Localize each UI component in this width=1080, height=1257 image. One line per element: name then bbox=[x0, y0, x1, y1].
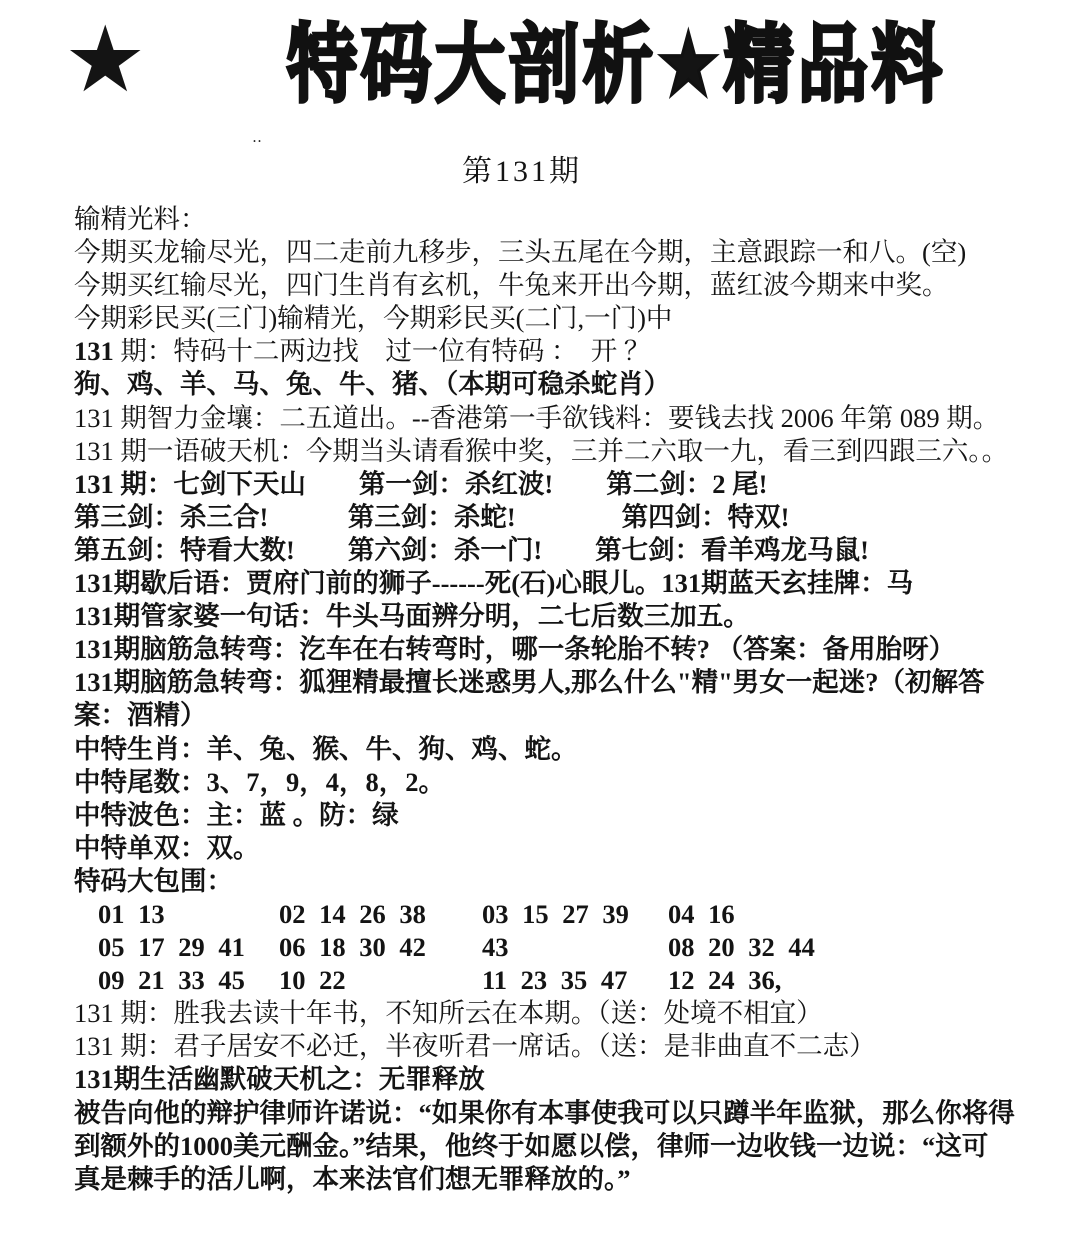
text-line: 131期脑筋急转弯：狐狸精最擅长迷惑男人,那么什么"精"男女一起迷?（初解答 bbox=[74, 666, 1080, 699]
text-line: 到额外的1000美元酬金。”结果，他终于如愿以偿，律师一边收钱一边说：“这可 bbox=[74, 1130, 1080, 1163]
grid-row: 01 13 02 14 26 38 03 15 27 39 04 16 bbox=[74, 898, 1080, 931]
text-line: 131 期一语破天机：今期当头请看猴中奖，三并二六取一九，看三到四跟三六。。 bbox=[74, 435, 1080, 468]
grid-cell: 12 24 36, bbox=[668, 964, 1080, 997]
text-line: 第三剑：杀三合! 第三剑：杀蛇! 第四剑：特双! bbox=[74, 501, 1080, 534]
text-line: 131 期智力金壤：二五道出。--香港第一手欲钱料：要钱去找 2006 年第 0… bbox=[74, 402, 1080, 435]
text-line: 案：酒精） bbox=[74, 699, 1080, 732]
text-line: 131期管家婆一句话：牛头马面辨分明，二七后数三加五。 bbox=[74, 600, 1080, 633]
grid-cell: 08 20 32 44 bbox=[668, 931, 1080, 964]
text-line: 中特生肖：羊、兔、猴、牛、狗、鸡、蛇。 bbox=[74, 733, 1080, 766]
issue-number: 第131期 bbox=[0, 146, 1062, 190]
text-line: 今期买龙输尽光，四二走前九移步，三头五尾在今期，主意跟踪一和八。(空) bbox=[74, 236, 1080, 269]
text-line: 131 期：君子居安不必迁，半夜听君一席话。（送：是非曲直不二志） bbox=[74, 1030, 1080, 1063]
grid-cell: 01 13 bbox=[98, 898, 279, 931]
grid-cell: 11 23 35 47 bbox=[482, 964, 668, 997]
grid-cell: 10 22 bbox=[279, 964, 482, 997]
text-line: 输精光料： bbox=[74, 203, 1080, 236]
document-page: ★ 特码大剖析★精品料 ‥ 第131期 输精光料： 今期买龙输尽光，四二走前九移… bbox=[0, 0, 1080, 1257]
text-line: 狗、鸡、羊、马、兔、牛、猪、（本期可稳杀蛇肖） bbox=[74, 368, 1080, 401]
grid-cell: 03 15 27 39 bbox=[482, 898, 668, 931]
text-line: 中特单双：双。 bbox=[74, 832, 1080, 865]
text-line: 131期脑筋急转弯：汔车在右转弯时，哪一条轮胎不转? （答案：备用胎呀） bbox=[74, 633, 1080, 666]
text-line: 真是棘手的活儿啊，本来法官们想无罪释放的。” bbox=[74, 1163, 1080, 1196]
grid-row: 05 17 29 41 06 18 30 42 43 08 20 32 44 bbox=[74, 931, 1080, 964]
text-line: 第五剑：特看大数! 第六剑：杀一门! 第七剑：看羊鸡龙马鼠! bbox=[74, 534, 1080, 567]
stray-marks: ‥ bbox=[252, 128, 264, 147]
grid-cell: 06 18 30 42 bbox=[279, 931, 482, 964]
text-line: 中特尾数：3、7，9，4，8，2。 bbox=[74, 766, 1080, 799]
text-line: 131 期：七剑下天山 第一剑：杀红波! 第二剑：2 尾! bbox=[74, 468, 1080, 501]
grid-cell: 43 bbox=[482, 931, 668, 964]
text-line: 131 期：胜我去读十年书，不知所云在本期。（送：处境不相宜） bbox=[74, 997, 1080, 1030]
grid-cell: 09 21 33 45 bbox=[98, 964, 279, 997]
text-line: 131期生活幽默破天机之：无罪释放 bbox=[74, 1063, 1080, 1096]
text-line: 131期歇后语：贾府门前的狮子------死(石)心眼儿。131期蓝天玄挂牌：马 bbox=[74, 567, 1080, 600]
text-line: 今期彩民买(三门)输精光，今期彩民买(二门,一门)中 bbox=[74, 302, 1080, 335]
grid-cell: 02 14 26 38 bbox=[279, 898, 482, 931]
text-line: 131 期：特码十二两边找 过一位有特码 ： 开 ？ bbox=[74, 335, 1080, 368]
page-title: 特码大剖析★精品料 bbox=[287, 22, 946, 107]
text-line-rest: 期：特码十二两边找 过一位有特码 ： 开 ？ bbox=[114, 336, 651, 366]
text-line: 中特波色：主：蓝 。防：绿 bbox=[74, 799, 1080, 832]
grid-cell: 05 17 29 41 bbox=[98, 931, 279, 964]
text-line: 被告向他的辩护律师许诺说：“如果你有本事使我可以只蹲半年监狱，那么你将得 bbox=[74, 1097, 1080, 1130]
star-icon: ★ bbox=[64, 14, 146, 106]
text-line: 特码大包围： bbox=[74, 865, 1080, 898]
grid-row: 09 21 33 45 10 22 11 23 35 47 12 24 36, bbox=[74, 964, 1080, 997]
grid-cell: 04 16 bbox=[668, 898, 1080, 931]
document-header: ★ 特码大剖析★精品料 ‥ 第131期 bbox=[0, 0, 1080, 205]
text-line: 今期买红输尽光，四门生肖有玄机，牛兔来开出今期，蓝红波今期来中奖。 bbox=[74, 269, 1080, 302]
issue-prefix: 131 bbox=[74, 336, 114, 366]
document-body: 输精光料： 今期买龙输尽光，四二走前九移步，三头五尾在今期，主意跟踪一和八。(空… bbox=[0, 203, 1080, 1196]
special-code-grid: 01 13 02 14 26 38 03 15 27 39 04 16 05 1… bbox=[74, 898, 1080, 997]
